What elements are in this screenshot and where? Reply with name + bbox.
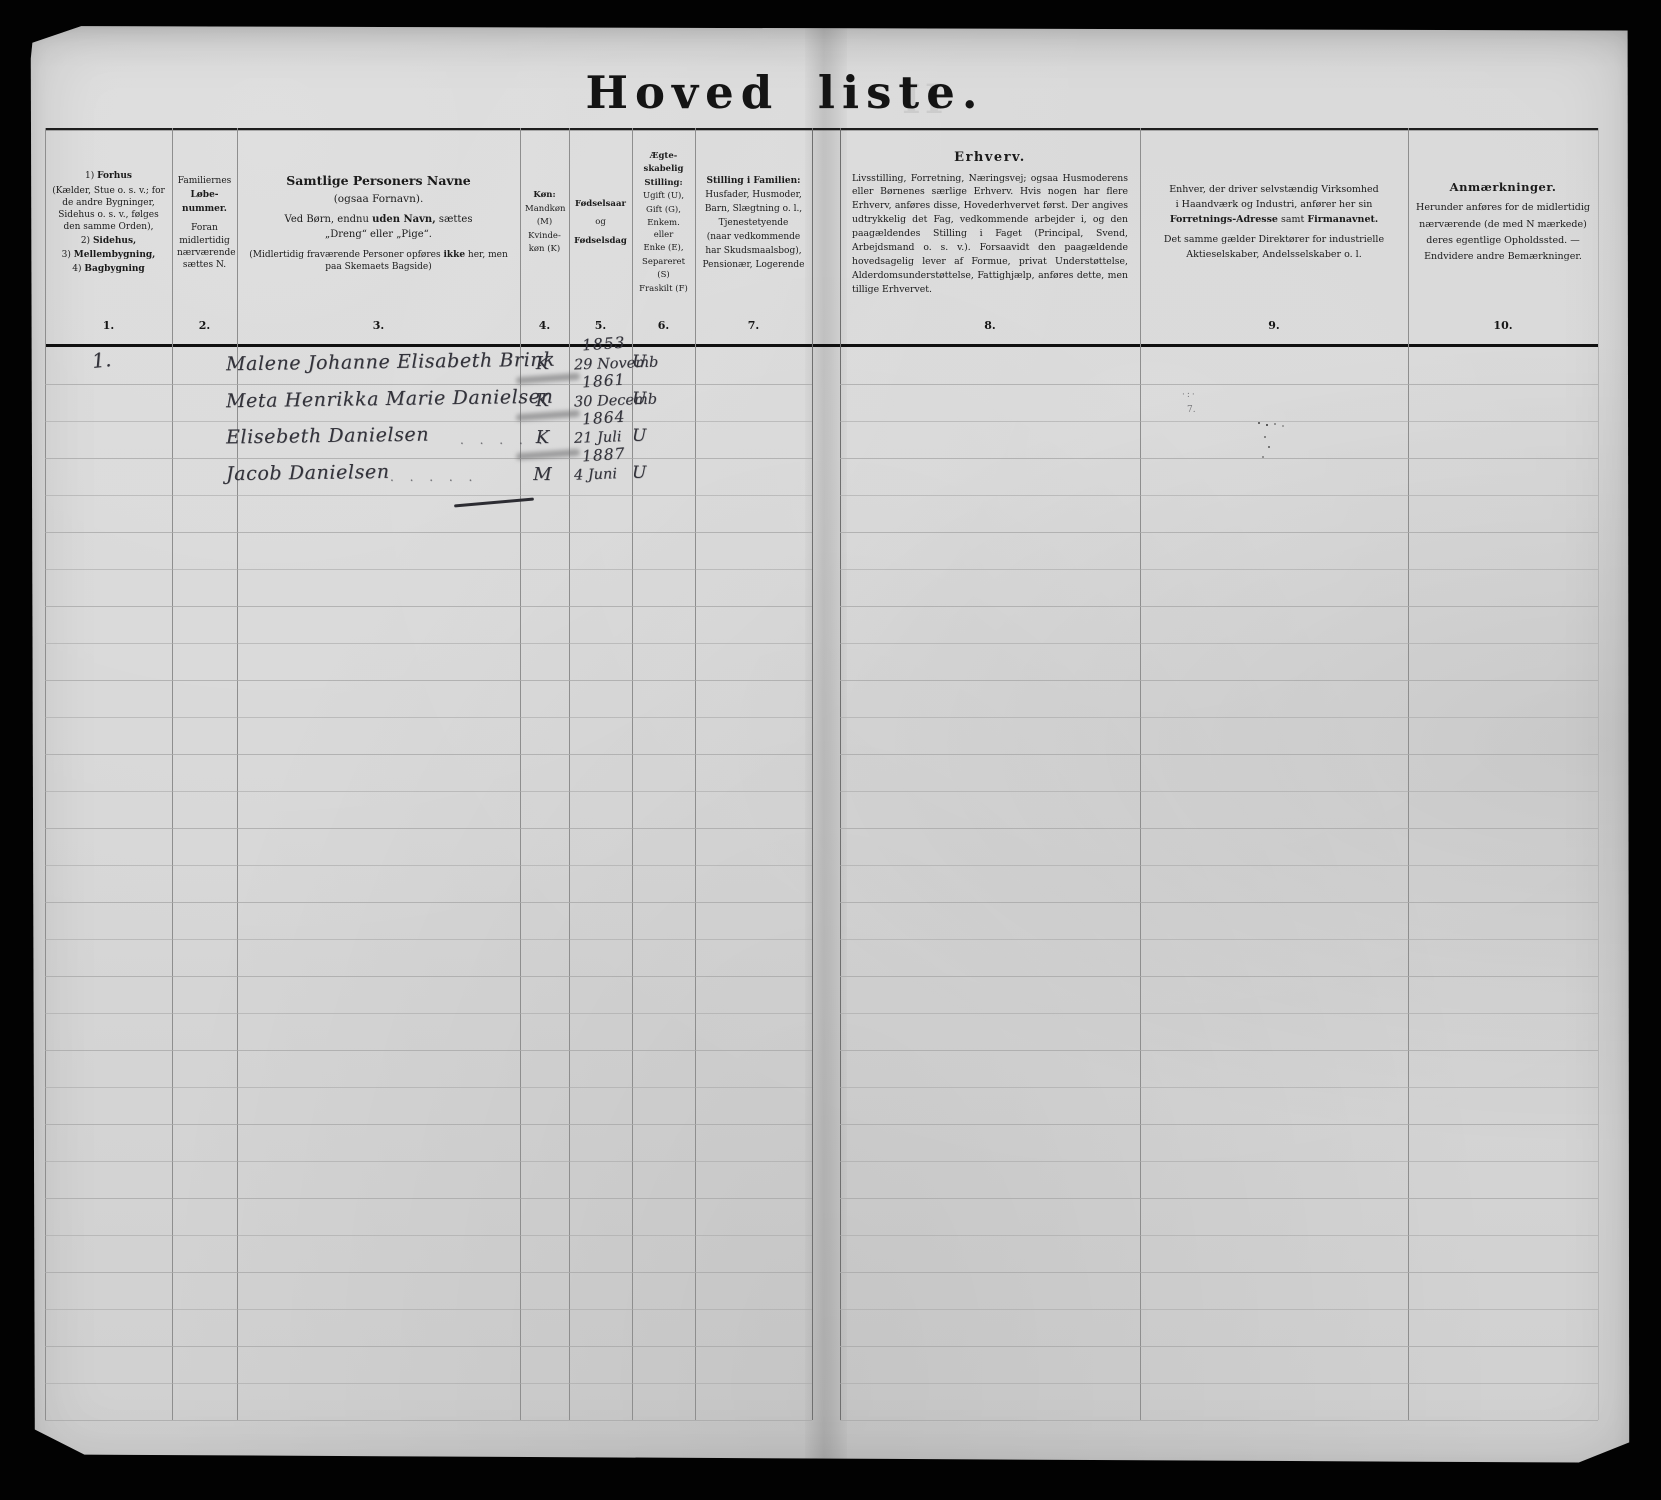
row-line xyxy=(45,976,812,977)
row-line xyxy=(45,1161,812,1162)
column-line xyxy=(812,128,813,1420)
column-line xyxy=(632,128,633,1420)
row-line xyxy=(840,939,1598,940)
row-line xyxy=(840,1346,1598,1347)
stray-ink-mark: 7. xyxy=(1187,405,1196,415)
row-line xyxy=(45,1235,812,1236)
name-cell: Meta Henrikka Marie Danielsen xyxy=(226,386,554,413)
column-line xyxy=(1598,128,1599,1420)
marital-status-cell: U xyxy=(632,463,646,483)
row-line xyxy=(840,680,1598,681)
marital-status-cell: U xyxy=(632,426,646,446)
row-line xyxy=(45,1013,812,1014)
row-line xyxy=(45,1050,812,1051)
row-line xyxy=(840,532,1598,533)
row-line xyxy=(45,1309,812,1310)
row-line xyxy=(840,1161,1598,1162)
row-line xyxy=(840,1420,1598,1421)
row-line xyxy=(45,828,812,829)
row-line xyxy=(840,1383,1598,1384)
row-line xyxy=(840,791,1598,792)
column-line xyxy=(1408,128,1409,1420)
pencil-smudge xyxy=(516,410,580,421)
row-line xyxy=(45,680,812,681)
column-line xyxy=(569,128,570,1420)
sex-cell: K xyxy=(518,353,567,374)
row-line xyxy=(840,902,1598,903)
sex-cell: K xyxy=(518,427,567,448)
column-line xyxy=(1140,128,1141,1420)
row-line xyxy=(45,902,812,903)
row-line xyxy=(45,1383,812,1384)
row-line xyxy=(45,643,812,644)
table-row: Jacob Danielsen . . . . . M 1887 4 Juni … xyxy=(30,458,1600,495)
column-line xyxy=(840,128,841,1420)
row-line xyxy=(45,1420,812,1421)
marital-status-cell: U xyxy=(632,352,646,372)
name-cell: Malene Johanne Elisabeth Brink xyxy=(226,349,556,376)
row-line xyxy=(45,569,812,570)
birth-year-cell: 1864 xyxy=(581,408,626,429)
row-line xyxy=(840,1309,1598,1310)
marital-status-cell: U xyxy=(632,389,646,409)
row-line xyxy=(840,828,1598,829)
row-line xyxy=(45,939,812,940)
stray-ink-mark: ·:· xyxy=(1182,390,1197,400)
column-line xyxy=(695,128,696,1420)
name-cell: Elisebeth Danielsen xyxy=(226,424,429,449)
row-line xyxy=(45,1346,812,1347)
table-row: 1. Malene Johanne Elisabeth Brink K 1853… xyxy=(30,347,1600,384)
row-line xyxy=(840,717,1598,718)
name-cell: Jacob Danielsen xyxy=(226,461,390,485)
row-line xyxy=(840,976,1598,977)
row-line xyxy=(45,1198,812,1199)
row-line xyxy=(840,1050,1598,1051)
row-line xyxy=(840,1087,1598,1088)
row-line xyxy=(45,1124,812,1125)
row-line xyxy=(840,1272,1598,1273)
filler-dots: . . . . . xyxy=(390,470,478,484)
house-number-cell: 1. xyxy=(91,347,112,373)
birth-date-cell: 4 Juni xyxy=(574,466,618,483)
row-line xyxy=(840,1235,1598,1236)
row-line xyxy=(840,495,1598,496)
pencil-smudge xyxy=(516,373,580,384)
row-line xyxy=(45,532,812,533)
census-sheet: Hoved liste. II 1) Forhus (Kælder, Stue … xyxy=(30,24,1630,1464)
birth-year-cell: 1853 xyxy=(581,334,626,355)
birth-year-cell: 1887 xyxy=(581,445,626,466)
table-row: Elisebeth Danielsen . . . . . K 1864 21 … xyxy=(30,421,1600,458)
column-line xyxy=(237,128,238,1420)
row-line xyxy=(840,1013,1598,1014)
table-grid-lines xyxy=(30,24,1630,1464)
row-line xyxy=(840,754,1598,755)
row-line xyxy=(840,569,1598,570)
row-line xyxy=(45,791,812,792)
row-line xyxy=(840,865,1598,866)
row-line xyxy=(840,606,1598,607)
column-line xyxy=(520,128,521,1420)
row-line xyxy=(45,865,812,866)
table-row: Meta Henrikka Marie Danielsen K 1861 30 … xyxy=(30,384,1600,421)
row-line xyxy=(45,717,812,718)
scan-background: Hoved liste. II 1) Forhus (Kælder, Stue … xyxy=(0,0,1661,1500)
ink-speckles xyxy=(1258,422,1260,424)
row-line xyxy=(45,1087,812,1088)
column-line xyxy=(45,128,46,1420)
row-line xyxy=(45,754,812,755)
row-line xyxy=(45,495,812,496)
sex-cell: M xyxy=(518,464,567,485)
row-line xyxy=(45,1272,812,1273)
row-line xyxy=(840,1124,1598,1125)
column-line xyxy=(172,128,173,1420)
row-line xyxy=(840,643,1598,644)
row-line xyxy=(840,1198,1598,1199)
birth-year-cell: 1861 xyxy=(581,371,626,392)
row-line xyxy=(45,606,812,607)
sex-cell: K xyxy=(518,390,567,411)
